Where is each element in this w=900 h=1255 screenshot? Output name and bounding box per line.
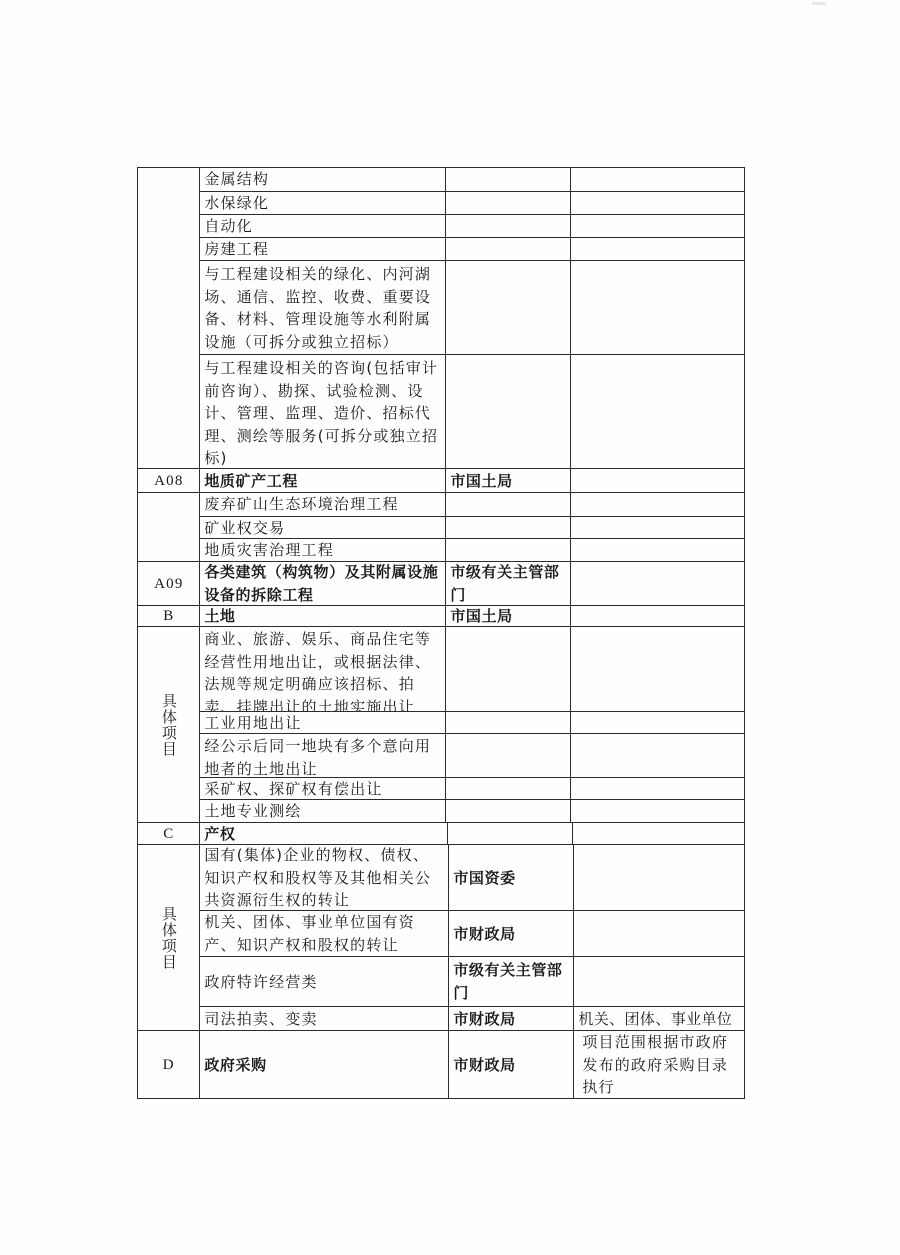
dept-cell <box>445 214 571 238</box>
note-cell <box>570 468 745 493</box>
group-label: 具体项目 <box>158 693 180 757</box>
item-name-cell: 矿业权交易 <box>199 516 446 539</box>
dept-name: 市国土局 <box>450 470 512 493</box>
category-code: D <box>163 1054 175 1077</box>
category-name-cell: 各类建筑（构筑物）及其附属设施设备的拆除工程 <box>199 561 446 606</box>
dept-cell <box>445 167 571 192</box>
category-name: 土地 <box>204 605 235 627</box>
item-name: 地质灾害治理工程 <box>204 539 441 562</box>
dept-name: 市级有关主管部门 <box>453 959 569 1004</box>
note-cell <box>570 711 745 734</box>
dept-cell: 市国土局 <box>445 468 571 493</box>
group-label: 具体项目 <box>158 906 180 970</box>
note-cell <box>570 214 745 238</box>
note-cell <box>570 605 745 627</box>
note-cell: 项目范围根据市政府发布的政府采购目录执行 <box>573 1030 745 1099</box>
item-name-cell: 经公示后同一地块有多个意向用地者的土地出让 <box>199 733 446 778</box>
item-name-cell: 机关、团体、事业单位国有资产、知识产权和股权的转让 <box>199 910 449 957</box>
item-name: 经公示后同一地块有多个意向用地者的土地出让 <box>204 735 441 778</box>
item-name-cell: 政府特许经营类 <box>199 956 449 1007</box>
scanned-page: 金属结构 水保绿化 自动化 房建工程 与工程建设相关的绿化、内河湖场、通信、监控… <box>0 0 900 1255</box>
category-name-cell: 政府采购 <box>199 1030 449 1099</box>
item-name: 与工程建设相关的咨询(包括审计前咨询）、勘探、试验检测、设计、管理、监理、造价、… <box>204 357 441 469</box>
item-name-cell: 国有(集体)企业的物权、债权、知识产权和股权等及其他相关公共资源衍生权的转让 <box>199 844 449 911</box>
code-cell: A08 <box>137 468 200 493</box>
note-cell <box>570 191 745 215</box>
group-label-cell: 具体项目 <box>137 626 200 823</box>
note-cell <box>570 799 745 823</box>
note-cell <box>573 910 745 957</box>
category-name: 地质矿产工程 <box>204 470 298 493</box>
code-cell: A09 <box>137 561 200 606</box>
dept-name: 市财政局 <box>453 1054 515 1077</box>
item-name: 工业用地出让 <box>204 712 441 734</box>
dept-cell: 市财政局 <box>448 910 574 957</box>
note-cell <box>570 167 745 192</box>
category-code: A09 <box>154 573 183 596</box>
item-name: 采矿权、探矿权有偿出让 <box>204 778 441 800</box>
dept-name: 市财政局 <box>453 923 515 946</box>
category-code: B <box>163 605 174 627</box>
category-name-cell: 产权 <box>199 822 448 845</box>
item-name-cell: 工业用地出让 <box>199 711 446 734</box>
item-name-cell: 与工程建设相关的绿化、内河湖场、通信、监控、收费、重要设备、材料、管理设施等水利… <box>199 260 446 355</box>
note-cell <box>570 561 745 606</box>
item-name-cell: 土地专业测绘 <box>199 799 446 823</box>
item-name-cell: 与工程建设相关的咨询(包括审计前咨询）、勘探、试验检测、设计、管理、监理、造价、… <box>199 354 446 469</box>
item-name: 自动化 <box>204 215 441 238</box>
note-cell <box>570 492 745 517</box>
dept-name: 市财政局 <box>453 1008 515 1031</box>
note-cell <box>570 538 745 562</box>
category-name: 产权 <box>204 823 235 846</box>
dept-cell <box>445 799 571 823</box>
dept-name: 市国资委 <box>453 867 515 890</box>
dept-cell: 市财政局 <box>448 1006 574 1031</box>
group-label-cell: 具体项目 <box>137 844 200 1031</box>
code-cell-empty <box>137 167 200 469</box>
dept-cell <box>445 538 571 562</box>
item-name: 房建工程 <box>204 238 441 261</box>
note-cell <box>570 626 745 712</box>
note-cell <box>570 237 745 261</box>
note-text: 机关、团体、事业单位 <box>578 1008 732 1031</box>
dept-cell <box>445 354 571 469</box>
dept-name: 市国土局 <box>450 605 512 627</box>
dept-cell: 市国土局 <box>445 605 571 627</box>
item-name: 政府特许经营类 <box>204 971 317 994</box>
dept-cell: 市财政局 <box>448 1030 574 1099</box>
note-cell <box>572 822 745 845</box>
note-cell <box>573 844 745 911</box>
dept-cell <box>447 822 573 845</box>
note-cell <box>570 260 745 355</box>
category-name-cell: 土地 <box>199 605 446 627</box>
item-name: 国有(集体)企业的物权、债权、知识产权和股权等及其他相关公共资源衍生权的转让 <box>204 844 444 911</box>
item-name-cell: 自动化 <box>199 214 446 238</box>
note-text: 项目范围根据市政府发布的政府采购目录执行 <box>582 1031 740 1099</box>
dept-cell <box>445 191 571 215</box>
category-name-cell: 地质矿产工程 <box>199 468 446 493</box>
code-cell: C <box>137 822 200 845</box>
item-name-cell: 采矿权、探矿权有偿出让 <box>199 777 446 800</box>
item-name-cell: 司法拍卖、变卖 <box>199 1006 449 1031</box>
category-name: 各类建筑（构筑物）及其附属设施设备的拆除工程 <box>204 561 441 606</box>
code-cell: B <box>137 605 200 627</box>
item-name-cell: 金属结构 <box>199 167 446 192</box>
item-name-cell: 废弃矿山生态环境治理工程 <box>199 492 446 517</box>
dept-cell <box>445 492 571 517</box>
dept-cell <box>445 626 571 712</box>
dept-cell <box>445 711 571 734</box>
category-code: A08 <box>154 470 183 493</box>
item-name: 机关、团体、事业单位国有资产、知识产权和股权的转让 <box>204 911 444 956</box>
item-name: 金属结构 <box>204 168 441 191</box>
note-cell: 机关、团体、事业单位 <box>573 1006 745 1031</box>
dept-cell <box>445 516 571 539</box>
dept-cell: 市级有关主管部门 <box>448 956 574 1007</box>
dept-cell <box>445 777 571 800</box>
dept-cell <box>445 237 571 261</box>
code-cell: D <box>137 1030 200 1099</box>
code-cell-empty <box>137 492 200 562</box>
item-name: 矿业权交易 <box>204 517 441 539</box>
item-name-cell: 商业、旅游、娱乐、商品住宅等经营性用地出让，或根据法律、法规等规定明确应该招标、… <box>199 626 446 712</box>
dept-cell <box>445 733 571 778</box>
item-name: 商业、旅游、娱乐、商品住宅等经营性用地出让，或根据法律、法规等规定明确应该招标、… <box>204 628 441 712</box>
item-name-cell: 地质灾害治理工程 <box>199 538 446 562</box>
dept-cell <box>445 260 571 355</box>
item-name-cell: 水保绿化 <box>199 191 446 215</box>
category-name: 政府采购 <box>204 1054 266 1077</box>
project-catalog-table: 金属结构 水保绿化 自动化 房建工程 与工程建设相关的绿化、内河湖场、通信、监控… <box>0 0 900 1255</box>
note-cell <box>570 777 745 800</box>
item-name: 水保绿化 <box>204 192 441 215</box>
item-name: 与工程建设相关的绿化、内河湖场、通信、监控、收费、重要设备、材料、管理设施等水利… <box>204 263 441 353</box>
item-name: 土地专业测绘 <box>204 800 441 823</box>
note-cell <box>570 516 745 539</box>
dept-cell: 市国资委 <box>448 844 574 911</box>
note-cell <box>570 733 745 778</box>
item-name: 废弃矿山生态环境治理工程 <box>204 493 441 516</box>
note-cell <box>573 956 745 1007</box>
dept-name: 市级有关主管部门 <box>450 561 566 606</box>
dept-cell: 市级有关主管部门 <box>445 561 571 606</box>
item-name-cell: 房建工程 <box>199 237 446 261</box>
item-name: 司法拍卖、变卖 <box>204 1008 317 1031</box>
category-code: C <box>163 823 174 846</box>
note-cell <box>570 354 745 469</box>
